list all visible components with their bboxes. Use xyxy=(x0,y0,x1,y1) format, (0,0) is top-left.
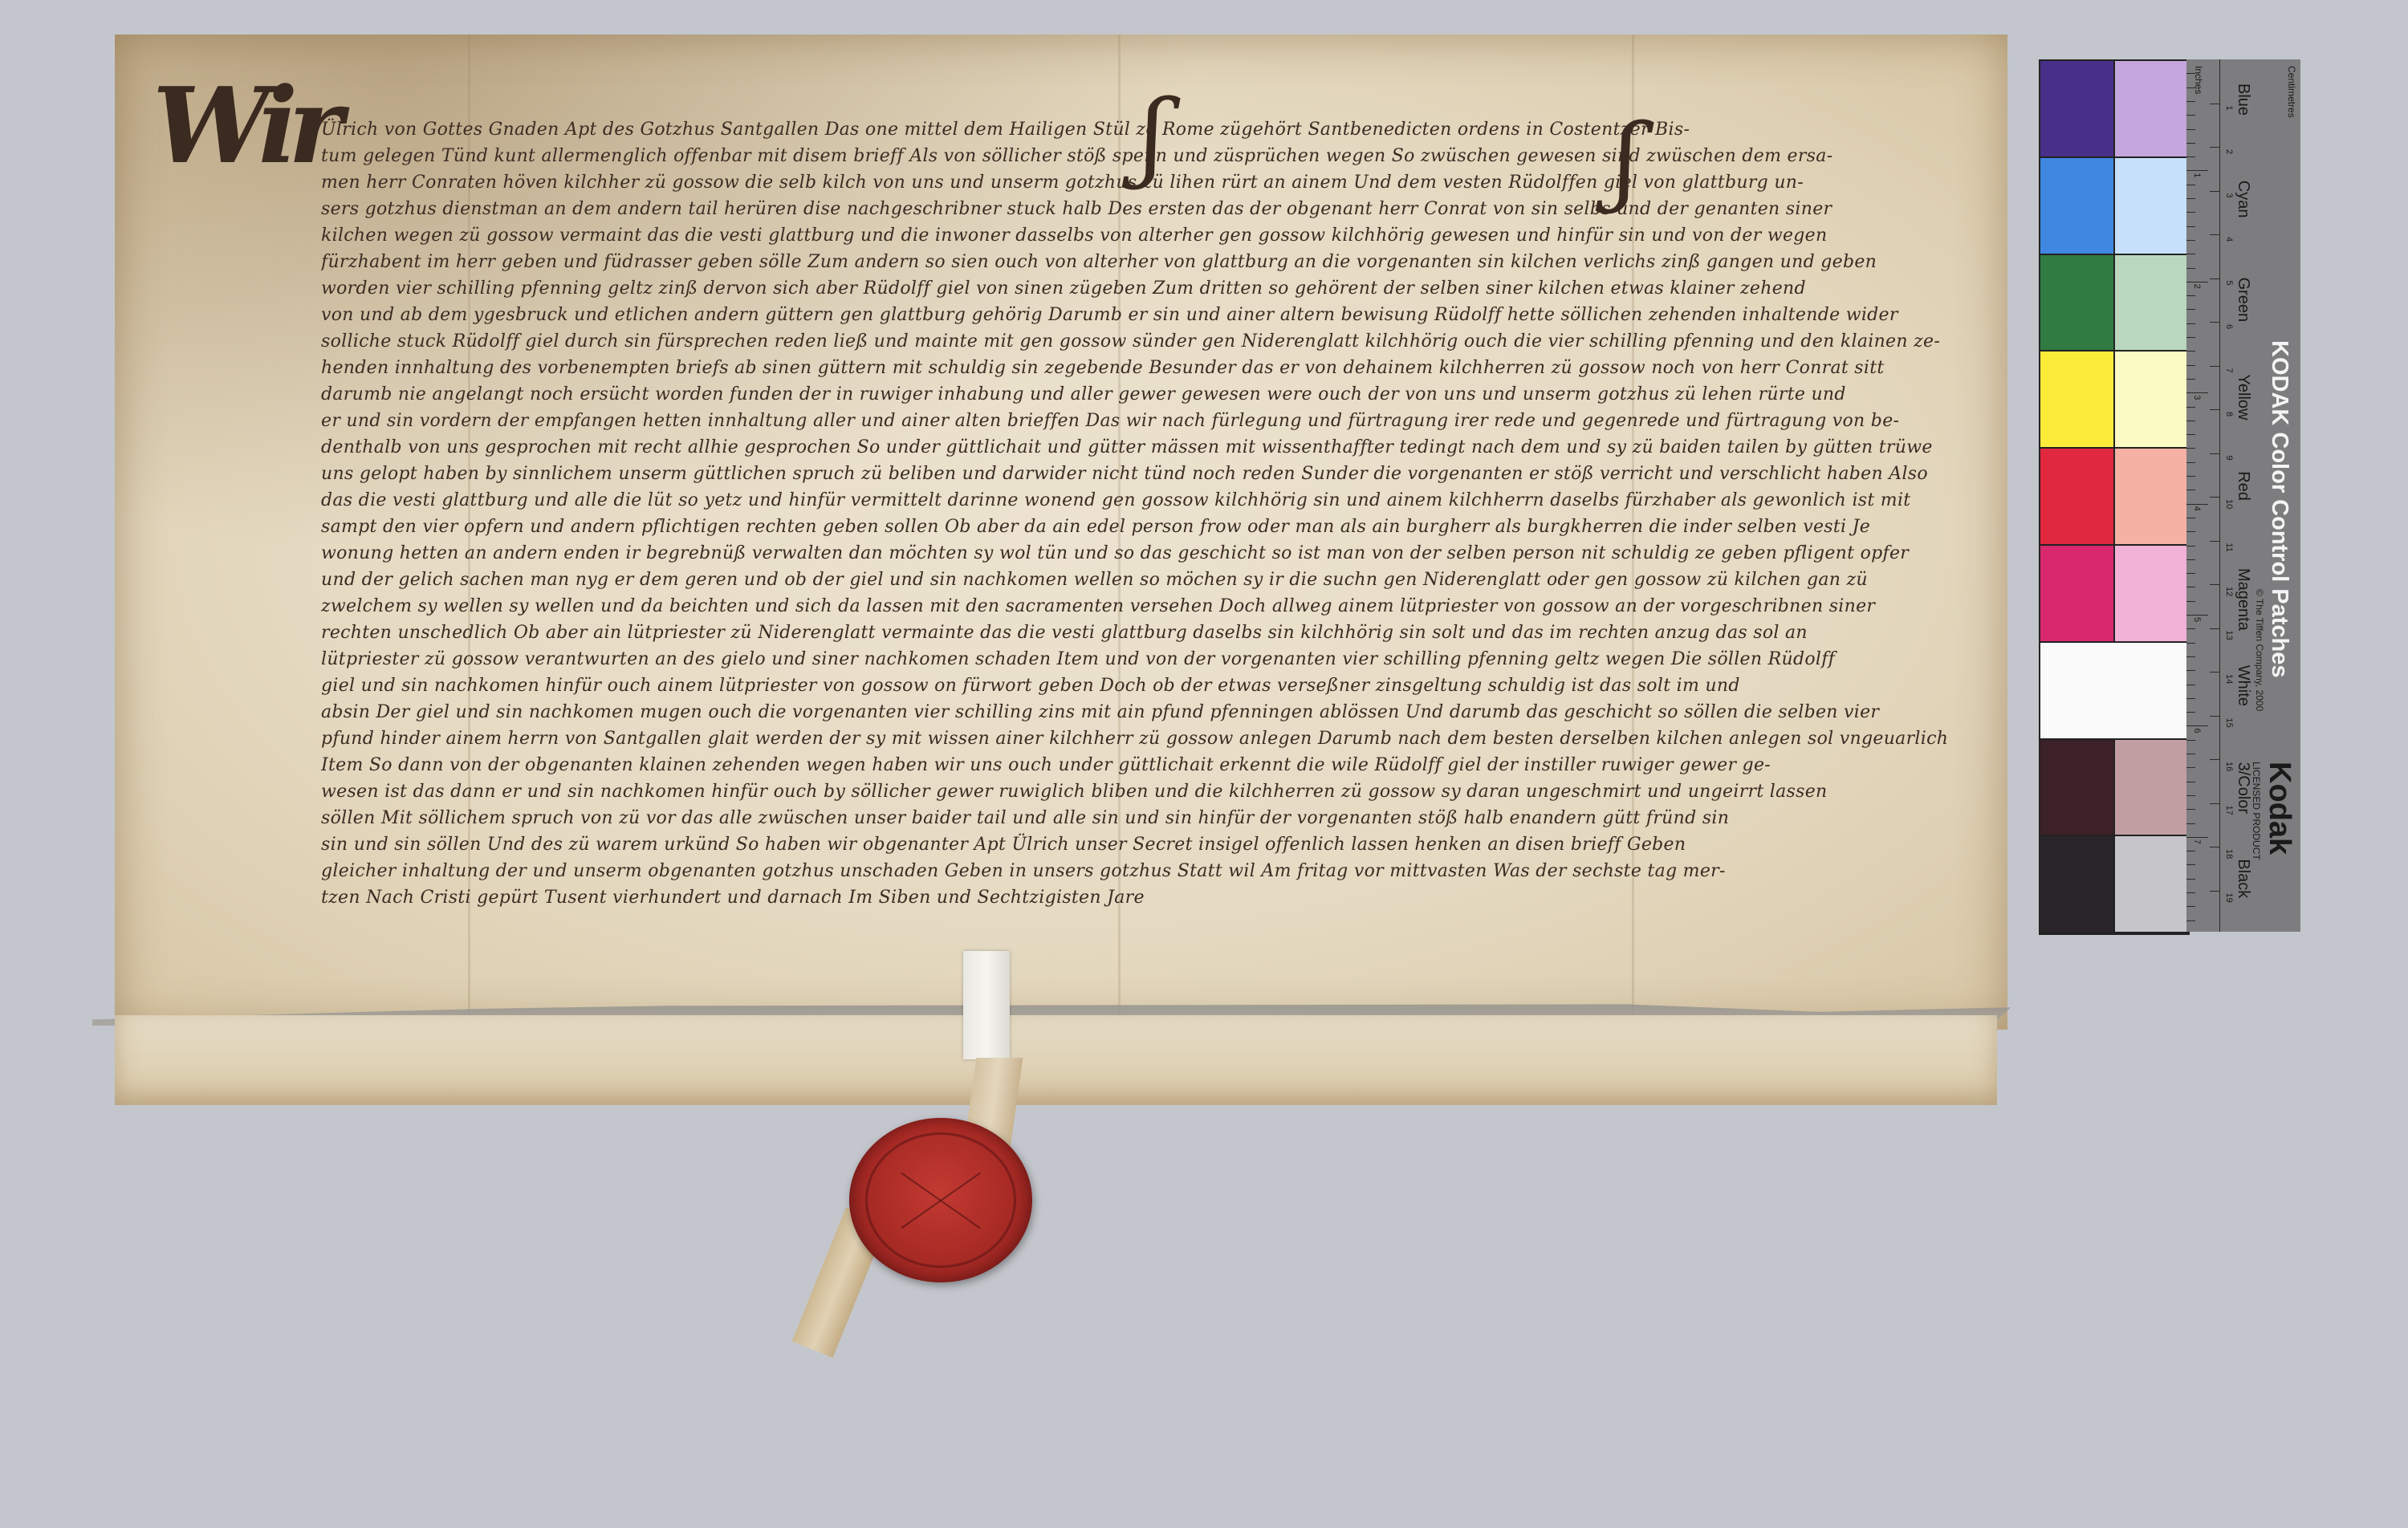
inch-tick xyxy=(2186,628,2195,629)
inch-tick xyxy=(2186,546,2195,547)
inch-tick-label: 3 xyxy=(2192,395,2202,400)
inch-tick xyxy=(2186,740,2195,741)
patch-row-3-color xyxy=(2040,740,2188,837)
charter-text-line: das die vesti glattburg und alle die lüt… xyxy=(321,487,1959,514)
patch-red-light xyxy=(2115,449,2188,544)
charter-text-line: söllen Mit söllichem spruch von zü vor d… xyxy=(321,805,1959,831)
inch-tick xyxy=(2186,782,2195,782)
inch-tick xyxy=(2186,392,2208,393)
patch-label: Green xyxy=(2234,278,2252,323)
inch-tick-label: 4 xyxy=(2192,506,2202,511)
patch-green-dark xyxy=(2040,255,2115,351)
patch-red-dark xyxy=(2040,449,2115,544)
cm-tick xyxy=(2210,759,2219,760)
inch-tick xyxy=(2186,421,2195,421)
charter-text-line: giel und sin nachkomen hinfür ouch ainem… xyxy=(321,673,1959,699)
inch-tick xyxy=(2186,198,2195,199)
checker-copyright: © The Tiffen Company, 2000 xyxy=(2254,589,2265,711)
cm-tick-label: 5 xyxy=(2224,281,2234,286)
inch-tick xyxy=(2186,864,2195,865)
patch-label: Yellow xyxy=(2234,374,2252,420)
patch-row-yellow xyxy=(2040,352,2188,449)
cm-tick-label: 15 xyxy=(2224,718,2234,728)
cm-tick xyxy=(2210,541,2219,542)
patch-yellow-light xyxy=(2115,352,2188,447)
inch-tick xyxy=(2186,295,2195,296)
charter-text-line: men herr Conraten höven kilchher zü goss… xyxy=(321,169,1959,196)
inch-tick xyxy=(2186,434,2195,435)
cm-tick-label: 7 xyxy=(2224,368,2234,373)
patch-row-black xyxy=(2040,836,2188,933)
inch-tick xyxy=(2186,587,2195,587)
patch-blue-dark xyxy=(2040,61,2115,156)
inch-tick xyxy=(2186,656,2195,657)
charter-text-line: pfund hinder ainem herrn von Santgallen … xyxy=(321,725,1959,752)
cm-tick xyxy=(2210,366,2219,367)
patch-row-white xyxy=(2040,643,2188,740)
patch-row-cyan xyxy=(2040,158,2188,255)
patch-cyan-dark xyxy=(2040,158,2115,254)
charter-text-line: zwelchem sy wellen sy wellen und da beic… xyxy=(321,593,1959,620)
inch-tick xyxy=(2186,906,2195,907)
inch-tick xyxy=(2186,767,2195,768)
inch-tick xyxy=(2186,143,2195,144)
cm-tick-label: 4 xyxy=(2224,237,2234,242)
patch-label: Red xyxy=(2234,471,2252,501)
inch-tick xyxy=(2186,615,2208,616)
inch-tick xyxy=(2186,643,2195,644)
inch-tick xyxy=(2186,851,2195,851)
cm-tick xyxy=(2210,891,2219,892)
inch-tick xyxy=(2186,698,2195,699)
inch-tick xyxy=(2186,685,2195,685)
inch-tick-label: 5 xyxy=(2192,617,2202,622)
patch-yellow-dark xyxy=(2040,352,2115,447)
cm-tick-label: 18 xyxy=(2224,849,2234,859)
patch-black-dark xyxy=(2040,836,2115,932)
plica-folded-bottom-edge xyxy=(115,1015,1997,1105)
cm-tick-label: 17 xyxy=(2224,806,2234,815)
charter-text-line: rechten unschedlich Ob aber ain lütpries… xyxy=(321,620,1959,646)
inch-tick-label: 7 xyxy=(2192,839,2202,844)
inch-tick xyxy=(2186,254,2195,254)
cm-tick xyxy=(2210,497,2219,498)
patch-label: Black xyxy=(2234,859,2252,898)
inch-tick xyxy=(2186,879,2195,880)
charter-text-line: von und ab dem ygesbruck und etlichen an… xyxy=(321,302,1959,328)
cm-tick xyxy=(2210,672,2219,673)
inch-tick xyxy=(2186,823,2195,824)
inch-tick xyxy=(2186,240,2195,241)
cm-tick-label: 14 xyxy=(2224,674,2234,684)
inch-tick xyxy=(2186,323,2195,324)
charter-text-line: tum gelegen Tünd kunt allermenglich offe… xyxy=(321,143,1959,169)
inch-tick xyxy=(2186,351,2195,352)
inch-tick xyxy=(2186,101,2195,102)
patch-row-green xyxy=(2040,255,2188,352)
cm-tick-label: 12 xyxy=(2224,587,2234,596)
inch-tick xyxy=(2186,365,2195,366)
cm-tick xyxy=(2210,847,2219,847)
charter-text-line: sin und sin söllen Und des zü warem urkü… xyxy=(321,831,1959,858)
inch-tick xyxy=(2186,309,2195,310)
cm-tick xyxy=(2210,278,2219,279)
charter-text-line: darumb nie angelangt noch ersücht worden… xyxy=(321,381,1959,408)
cm-tick xyxy=(2210,234,2219,235)
inch-tick xyxy=(2186,407,2195,408)
cm-tick xyxy=(2210,453,2219,454)
inch-tick xyxy=(2186,115,2195,116)
inch-tick xyxy=(2186,518,2195,518)
inch-tick xyxy=(2186,87,2195,88)
patch-label: Cyan xyxy=(2234,181,2252,218)
cm-tick-label: 10 xyxy=(2224,499,2234,509)
inch-tick-label: 1 xyxy=(2192,173,2202,177)
inch-tick xyxy=(2186,129,2195,130)
patch-white xyxy=(2040,643,2188,738)
kodak-color-control-strip: Centimetres Inches KODAK Color Control P… xyxy=(2039,59,2300,932)
cm-tick-label: 8 xyxy=(2224,412,2234,417)
inch-tick-label: 2 xyxy=(2192,284,2202,289)
inch-tick xyxy=(2186,156,2195,157)
patch-black-light xyxy=(2115,836,2188,932)
inch-tick xyxy=(2186,559,2195,560)
licensed-product-label: LICENSED PRODUCT xyxy=(2251,762,2262,860)
inch-tick xyxy=(2186,504,2208,505)
cm-tick xyxy=(2210,803,2219,804)
inch-tick xyxy=(2186,462,2195,463)
charter-text-line: fürzhabent im herr geben und füdrasser g… xyxy=(321,249,1959,275)
patch-row-blue xyxy=(2040,61,2188,158)
inch-tick xyxy=(2186,892,2195,893)
cm-tick xyxy=(2210,322,2219,323)
patch-label: Blue xyxy=(2234,83,2252,116)
charter-text-line: wesen ist das dann er und sin nachkomen … xyxy=(321,778,1959,805)
inch-tick xyxy=(2186,670,2195,671)
charter-text-line: und der gelich sachen man nyg er dem ger… xyxy=(321,567,1959,593)
patch-row-magenta xyxy=(2040,546,2188,643)
cm-tick-label: 9 xyxy=(2224,456,2234,461)
charter-text-line: sers gotzhus dienstman an dem andern tai… xyxy=(321,196,1959,222)
charter-text-line: uns gelopt haben by sinnlichem unserm gü… xyxy=(321,461,1959,487)
inch-tick xyxy=(2186,476,2195,477)
inch-tick xyxy=(2186,531,2195,532)
inch-tick-label: 6 xyxy=(2192,728,2202,733)
charter-text-line: gleicher inhaltung der und unserm obgena… xyxy=(321,858,1959,884)
patch-row-red xyxy=(2040,449,2188,546)
inch-tick xyxy=(2186,170,2208,171)
cm-tick-label: 2 xyxy=(2224,149,2234,154)
patch-label: 3/Color xyxy=(2234,762,2252,814)
inch-tick xyxy=(2186,712,2195,713)
patch-magenta-light xyxy=(2115,546,2188,641)
inch-tick xyxy=(2186,490,2195,490)
patch-blue-light xyxy=(2115,61,2188,156)
charter-text-line: wonung hetten an andern enden ir begrebn… xyxy=(321,540,1959,567)
inch-tick xyxy=(2186,920,2195,921)
decorated-initial: Wir xyxy=(153,64,334,187)
cm-tick-label: 1 xyxy=(2224,106,2234,111)
inch-tick xyxy=(2186,809,2195,810)
inch-tick xyxy=(2186,448,2195,449)
inch-tick xyxy=(2186,795,2195,796)
charter-text-line: lütpriester zü gossow verantwurten an de… xyxy=(321,646,1959,673)
inch-tick xyxy=(2186,212,2195,213)
patch-magenta-dark xyxy=(2040,546,2115,641)
charter-text-line: Ülrich von Gottes Gnaden Apt des Gotzhus… xyxy=(321,116,1959,143)
charter-text-line: denthalb von uns gesprochen mit recht al… xyxy=(321,434,1959,461)
inch-tick xyxy=(2186,282,2208,282)
inch-tick xyxy=(2186,226,2195,227)
inch-tick xyxy=(2186,573,2195,574)
inch-tick xyxy=(2186,837,2208,838)
inch-tick xyxy=(2186,73,2195,74)
patch-3-color-dark xyxy=(2040,740,2115,835)
inch-tick xyxy=(2186,601,2195,602)
patch-label: Magenta xyxy=(2234,568,2252,631)
cm-tick xyxy=(2210,716,2219,717)
red-wax-seal xyxy=(849,1118,1032,1282)
cm-tick-label: 16 xyxy=(2224,762,2234,771)
cm-tick-label: 13 xyxy=(2224,631,2234,640)
charter-text: Ülrich von Gottes Gnaden Apt des Gotzhus… xyxy=(321,116,1959,911)
color-patches xyxy=(2039,59,2190,935)
inch-tick xyxy=(2186,337,2195,338)
patch-label: White xyxy=(2234,665,2252,706)
kodak-logo: Kodak xyxy=(2262,762,2296,855)
charter-text-line: worden vier schilling pfenning geltz zin… xyxy=(321,275,1959,302)
charter-text-line: sampt den vier opfern und andern pflicht… xyxy=(321,514,1959,540)
cm-tick-label: 19 xyxy=(2224,893,2234,903)
charter-text-line: Item So dann von der obgenanten klainen … xyxy=(321,752,1959,778)
cm-tick xyxy=(2210,628,2219,629)
cm-tick xyxy=(2210,104,2219,104)
charter-text-line: henden innhaltung des vorbenempten brief… xyxy=(321,355,1959,381)
charter-text-line: tzen Nach Cristi gepürt Tusent vierhunde… xyxy=(321,884,1959,911)
cm-tick xyxy=(2210,584,2219,585)
checker-title: KODAK Color Control Patches xyxy=(2266,340,2292,678)
centimetres-label: Centimetres xyxy=(2286,66,2297,118)
charter-text-line: kilchen wegen zü gossow vermaint das die… xyxy=(321,222,1959,249)
charter-text-line: absin Der giel und sin nachkomen mugen o… xyxy=(321,699,1959,725)
cm-tick-label: 3 xyxy=(2224,193,2234,198)
patch-cyan-light xyxy=(2115,158,2188,254)
inch-tick xyxy=(2186,754,2195,754)
charter-text-line: solliche stuck Rüdolff giel durch sin fü… xyxy=(321,328,1959,355)
cm-tick xyxy=(2210,409,2219,410)
cm-tick-label: 6 xyxy=(2224,324,2234,329)
charter-text-line: er und sin vordern der empfangen hetten … xyxy=(321,408,1959,434)
patch-green-light xyxy=(2115,255,2188,351)
inch-tick xyxy=(2186,725,2208,726)
inch-tick xyxy=(2186,185,2195,185)
cm-tick-label: 11 xyxy=(2224,543,2234,552)
ruler-label-strip: Centimetres Inches KODAK Color Control P… xyxy=(2186,59,2300,932)
ruler-scale: 1234567891011121314151617181912345678 xyxy=(2186,59,2220,932)
cm-tick xyxy=(2210,191,2219,192)
patch-3-color-light xyxy=(2115,740,2188,835)
cm-tick xyxy=(2210,147,2219,148)
inch-tick xyxy=(2186,268,2195,269)
seal-tag-strip xyxy=(963,951,1010,1059)
inch-tick xyxy=(2186,379,2195,380)
